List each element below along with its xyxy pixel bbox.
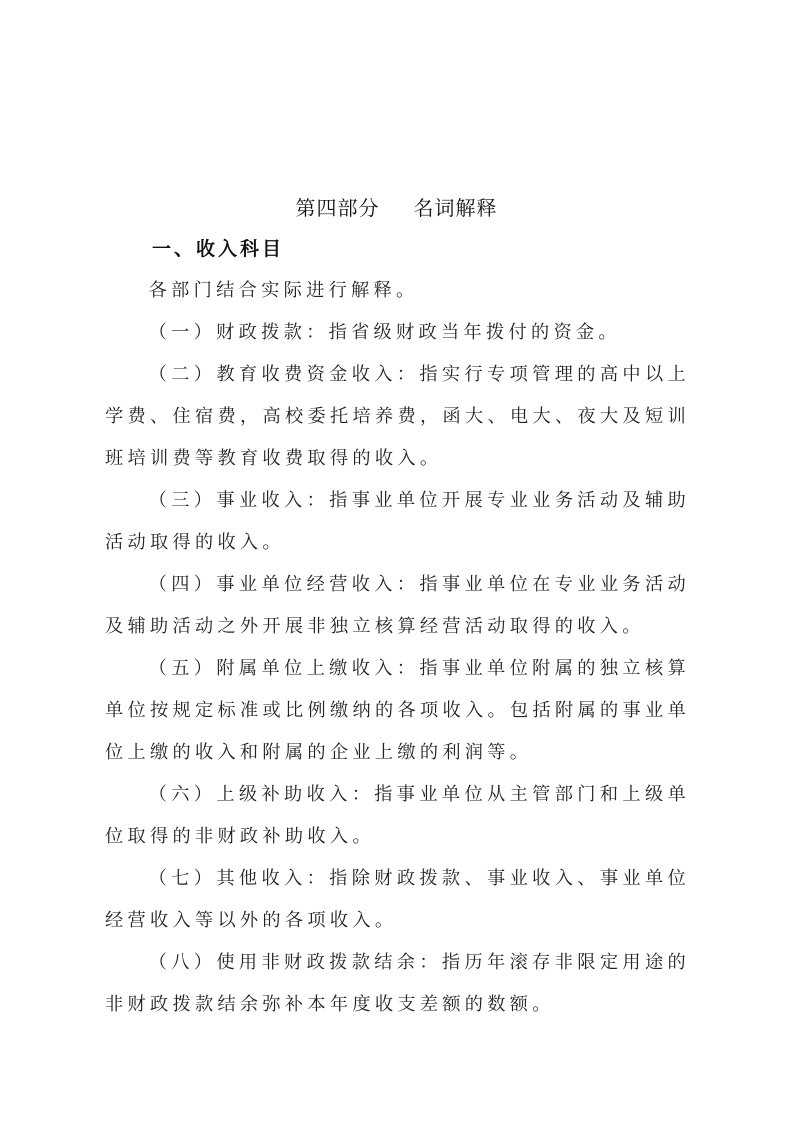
item-label: （八）使用非财政拨款结余：: [149, 952, 442, 973]
item-paragraph-1: （一）财政拨款：指省级财政当年拨付的资金。: [105, 312, 690, 354]
item-paragraph-2: （二）教育收费资金收入：指实行专项管理的高中以上学费、住宿费，高校委托培养费，函…: [105, 354, 690, 480]
item-label: （六）上级补助收入：: [149, 784, 375, 805]
item-paragraph-5: （五）附属单位上缴收入：指事业单位附属的独立核算单位按规定标准或比例缴纳的各项收…: [105, 648, 690, 774]
item-label: （一）财政拨款：: [149, 322, 329, 343]
section-heading: 一、收入科目: [152, 234, 284, 261]
item-paragraph-8: （八）使用非财政拨款结余：指历年滚存非限定用途的非财政拨款结余弥补本年度收支差额…: [105, 942, 690, 1026]
item-label: （七）其他收入：: [149, 868, 329, 889]
body-text: 各部门结合实际进行解释。 （一）财政拨款：指省级财政当年拨付的资金。 （二）教育…: [105, 270, 690, 1026]
item-paragraph-3: （三）事业收入：指事业单位开展专业业务活动及辅助活动取得的收入。: [105, 480, 690, 564]
item-label: （三）事业收入：: [149, 490, 329, 511]
title-part: 第四部分: [296, 196, 380, 220]
item-paragraph-4: （四）事业单位经营收入：指事业单位在专业业务活动及辅助活动之外开展非独立核算经营…: [105, 564, 690, 648]
item-paragraph-6: （六）上级补助收入：指事业单位从主管部门和上级单位取得的非财政补助收入。: [105, 774, 690, 858]
page-title: 第四部分名词解释: [0, 192, 793, 221]
document-page: 第四部分名词解释 一、收入科目 各部门结合实际进行解释。 （一）财政拨款：指省级…: [0, 0, 793, 1122]
item-text: 指省级财政当年拨付的资金。: [329, 322, 621, 343]
item-paragraph-7: （七）其他收入：指除财政拨款、事业收入、事业单位经营收入等以外的各项收入。: [105, 858, 690, 942]
title-name: 名词解释: [414, 196, 498, 220]
item-label: （五）附属单位上缴收入：: [149, 658, 420, 679]
intro-paragraph: 各部门结合实际进行解释。: [105, 270, 690, 312]
item-label: （二）教育收费资金收入：: [149, 364, 420, 385]
item-label: （四）事业单位经营收入：: [149, 574, 420, 595]
